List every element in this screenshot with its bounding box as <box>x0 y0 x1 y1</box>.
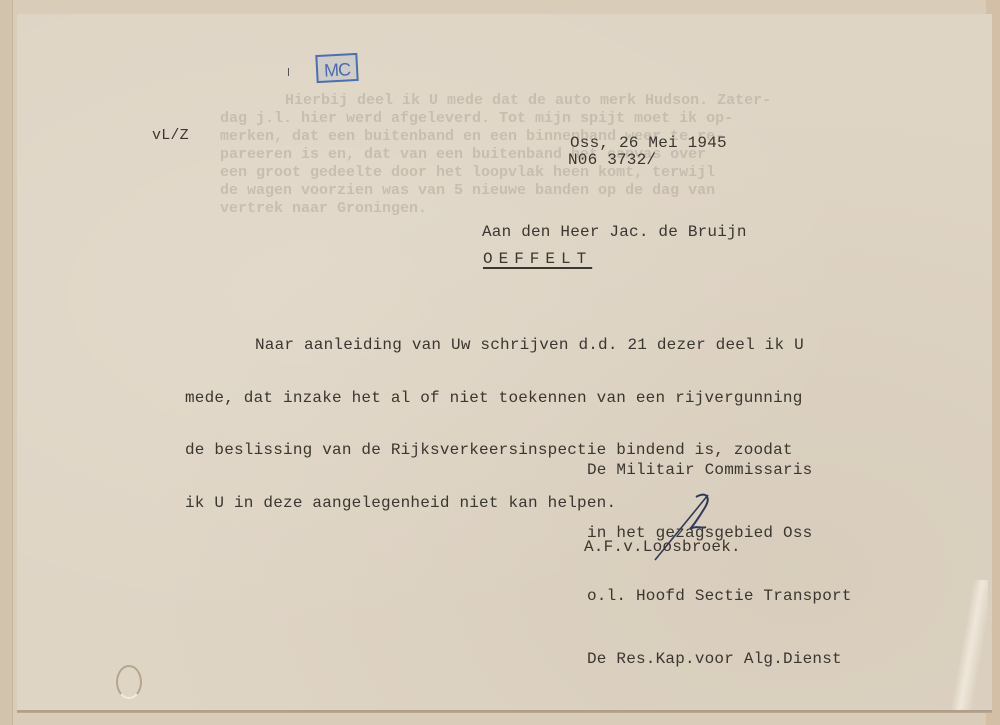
ghost-line: dag j.l. hier werd afgeleverd. Tot mijn … <box>220 110 733 128</box>
signature-line: o.l. Hoofd Sectie Transport <box>587 586 852 607</box>
mc-stamp: MC <box>315 53 358 83</box>
reference-code: vL/Z <box>152 127 189 144</box>
addressee: Aan den Heer Jac. de Bruijn <box>482 224 747 241</box>
signature-line: De Res.Kap.voor Alg.Dienst <box>587 649 852 670</box>
folded-corner <box>948 580 988 710</box>
addressee-city: OEFFELT <box>483 251 592 268</box>
punch-hole <box>116 665 142 699</box>
document-number: N06 3732/ <box>568 152 656 169</box>
ghost-line: Hierbij deel ik U mede dat de auto merk … <box>285 92 771 110</box>
paper-bottom-edge <box>17 710 992 712</box>
place-and-date: Oss, 26 Mei 1945 <box>570 135 727 152</box>
left-page-edge <box>0 0 13 725</box>
signer-name: A.F.v.Loosbroek. <box>584 539 741 556</box>
signature-line: De Militair Commissaris <box>587 460 852 481</box>
body-line: mede, dat inzake het al of niet toekenne… <box>185 390 804 408</box>
ghost-line: de wagen voorzien was van 5 nieuwe bande… <box>220 182 715 200</box>
ghost-line: vertrek naar Groningen. <box>220 200 427 218</box>
body-line: Naar aanleiding van Uw schrijven d.d. 21… <box>253 337 804 355</box>
pencil-mark <box>288 68 289 76</box>
